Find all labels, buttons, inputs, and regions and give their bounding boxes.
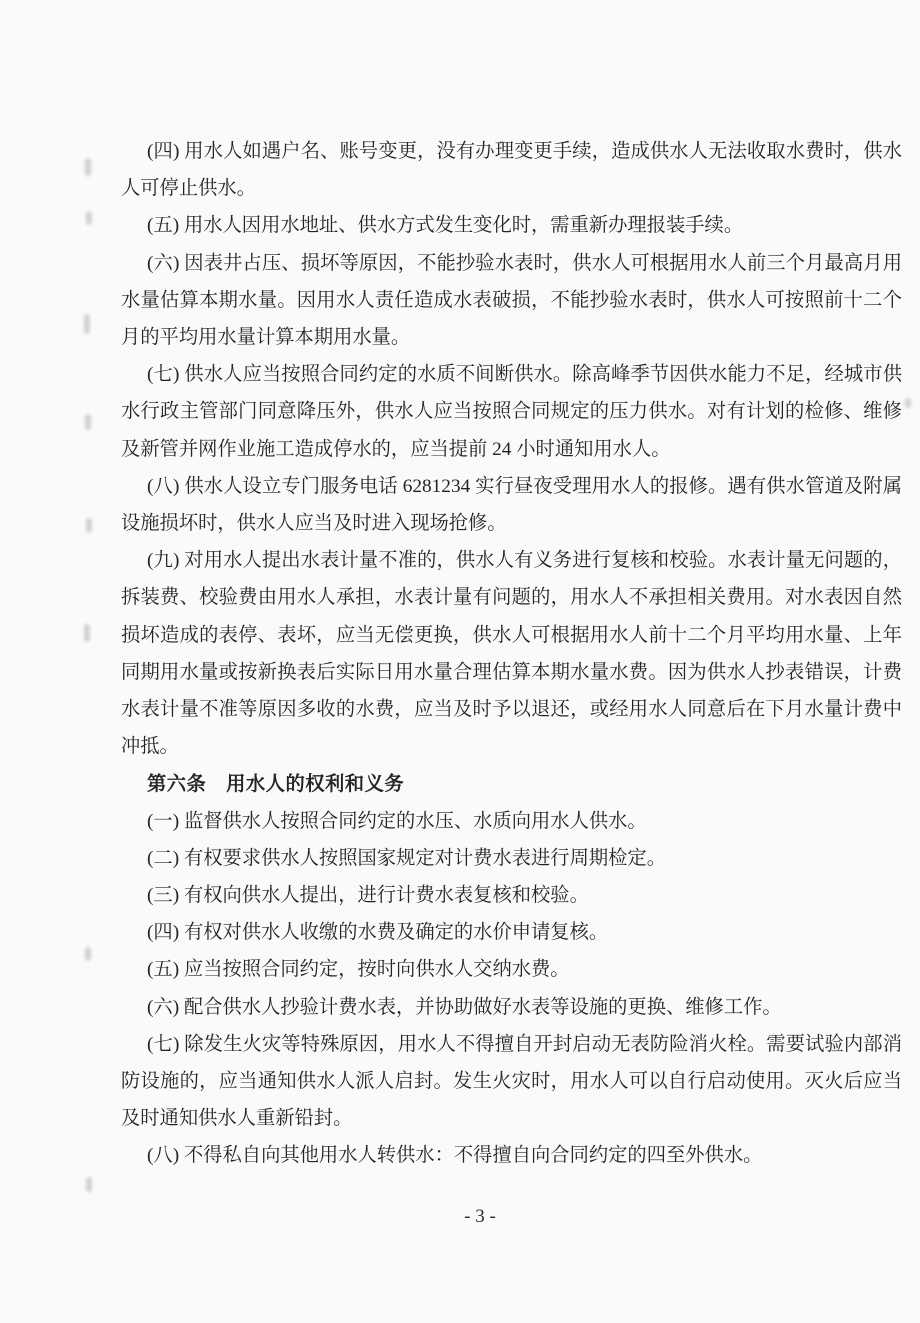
scan-artifact bbox=[84, 314, 90, 334]
paragraph: (六) 配合供水人抄验计费水表，并协助做好水表等设施的更换、维修工作。 bbox=[121, 989, 902, 1026]
scan-artifact bbox=[85, 158, 91, 176]
paragraph: (九) 对用水人提出水表计量不准的，供水人有义务进行复核和校验。水表计量无问题的… bbox=[121, 542, 902, 765]
paragraph: (六) 因表井占压、损坏等原因，不能抄验水表时，供水人可根据用水人前三个月最高月… bbox=[121, 245, 902, 357]
paragraph: (五) 应当按照合同约定，按时向供水人交纳水费。 bbox=[121, 951, 902, 988]
paragraph: (八) 不得私自向其他用水人转供水：不得擅自向合同约定的四至外供水。 bbox=[121, 1137, 902, 1174]
scan-artifact bbox=[905, 398, 911, 408]
document-body: (四) 用水人如遇户名、账号变更，没有办理变更手续，造成供水人无法收取水费时，供… bbox=[121, 133, 902, 1175]
paragraph: (五) 用水人因用水地址、供水方式发生变化时，需重新办理报装手续。 bbox=[121, 207, 902, 244]
page-number: - 3 - bbox=[20, 1206, 920, 1228]
paragraph: (一) 监督供水人按照合同约定的水压、水质向用水人供水。 bbox=[121, 803, 902, 840]
section-heading: 第六条 用水人的权利和义务 bbox=[121, 765, 902, 802]
paragraph: (四) 有权对供水人收缴的水费及确定的水价申请复核。 bbox=[121, 914, 902, 951]
scan-artifact bbox=[85, 414, 91, 430]
scan-artifact bbox=[86, 1177, 92, 1192]
scan-artifact bbox=[85, 947, 91, 961]
scan-artifact bbox=[84, 624, 90, 642]
scan-artifact bbox=[86, 518, 92, 533]
scan-artifact bbox=[86, 211, 92, 225]
paragraph: (二) 有权要求供水人按照国家规定对计费水表进行周期检定。 bbox=[121, 840, 902, 877]
document-page: (四) 用水人如遇户名、账号变更，没有办理变更手续，造成供水人无法收取水费时，供… bbox=[0, 0, 920, 1323]
paragraph: (七) 供水人应当按照合同约定的水质不间断供水。除高峰季节因供水能力不足，经城市… bbox=[121, 356, 902, 468]
paragraph: (七) 除发生火灾等特殊原因，用水人不得擅自开封启动无表防险消火栓。需要试验内部… bbox=[121, 1026, 902, 1138]
paragraph: (八) 供水人设立专门服务电话 6281234 实行昼夜受理用水人的报修。遇有供… bbox=[121, 468, 902, 542]
paragraph: (三) 有权向供水人提出，进行计费水表复核和校验。 bbox=[121, 877, 902, 914]
paragraph: (四) 用水人如遇户名、账号变更，没有办理变更手续，造成供水人无法收取水费时，供… bbox=[121, 133, 902, 207]
